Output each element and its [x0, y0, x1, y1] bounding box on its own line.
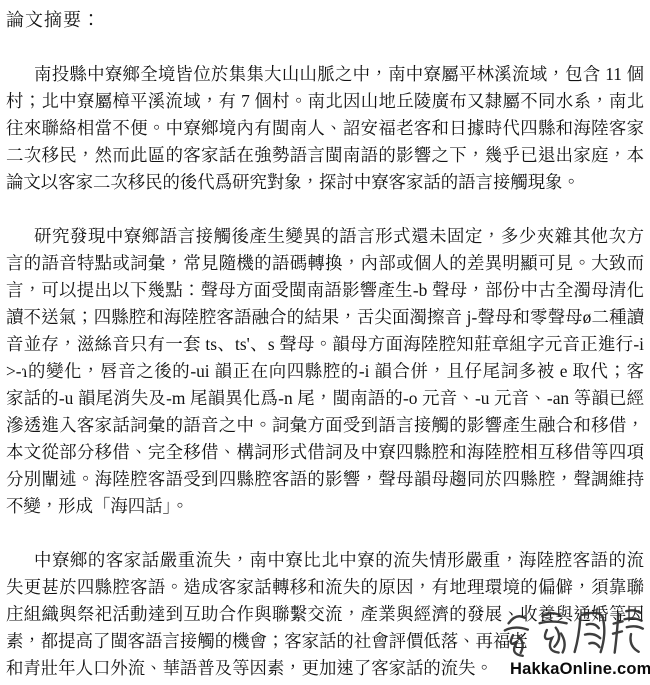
text-line: 南投縣中寮鄉全境皆位於集集大山山脈之中，南中寮屬平林溪流域，包含 11 個	[6, 61, 644, 88]
title-gap	[6, 34, 644, 61]
text-line: 本文從部分移借、完全移借、構詞形式借詞及中寮四縣腔和海陸腔相互移借等四項	[6, 439, 644, 466]
page-title: 論文摘要：	[6, 7, 644, 34]
paragraph-3: 中寮鄉的客家話嚴重流失，南中寮比北中寮的流失情形嚴重，海陸腔客語的流 失更甚於四…	[6, 547, 644, 682]
abstract-page: 論文摘要： 南投縣中寮鄉全境皆位於集集大山山脈之中，南中寮屬平林溪流域，包含 1…	[0, 0, 650, 685]
text-line: 家話的-u 韻尾消失及-m 尾韻異化爲-n 尾，閩南語的-o 元音、-u 元音、…	[6, 385, 644, 412]
text-line: >-ɿ的變化，唇音之後的-ui 韻正在向四縣腔的-i 韻合併，且仔尾詞多被 e …	[6, 358, 644, 385]
paragraph-1: 南投縣中寮鄉全境皆位於集集大山山脈之中，南中寮屬平林溪流域，包含 11 個 村；…	[6, 61, 644, 196]
text-line: 研究發現中寮鄉語言接觸後產生變異的語言形式還未固定，多少夾雜其他次方	[6, 223, 644, 250]
text-line: 二次移民，然而此區的客家話在強勢語言閩南語的影響之下，幾乎已退出家庭，本	[6, 142, 644, 169]
text-line: 讀不送氣；四縣腔和海陸腔客語融合的結果，舌尖面濁擦音 j-聲母和零聲母ø二種讀	[6, 304, 644, 331]
text-line: 不變，形成「海四話」。	[6, 493, 644, 520]
paragraph-2: 研究發現中寮鄉語言接觸後產生變異的語言形式還未固定，多少夾雜其他次方 言的語音特…	[6, 223, 644, 520]
text-line: 失更甚於四縣腔客語。造成客家話轉移和流失的原因，有地理環境的偏僻，須靠聯	[6, 574, 644, 601]
paragraph-gap	[6, 196, 644, 223]
paragraph-gap	[6, 520, 644, 547]
text-line: 滲透進入客家話詞彙的語音之中。詞彙方面受到語言接觸的影響產生融合和移借，	[6, 412, 644, 439]
text-line: 音並存，滋絲音只有一套 ts、ts'、s 聲母。韻母方面海陸腔知莊章組字元音正進…	[6, 331, 644, 358]
text-line: 素，都提高了閩客語言接觸的機會；客家話的社會評價低落、再福老	[6, 628, 644, 655]
text-line: 論文以客家二次移民的後代爲研究對象，探討中寮客家話的語言接觸現象。	[6, 169, 644, 196]
text-line: 中寮鄉的客家話嚴重流失，南中寮比北中寮的流失情形嚴重，海陸腔客語的流	[6, 547, 644, 574]
text-line: 言的語音特點或詞彙，常見隨機的語碼轉換，內部或個人的差異明顯可見。大致而	[6, 250, 644, 277]
text-line: 和青壯年人口外流、華語普及等因素，更加速了客家話的流失。	[6, 655, 644, 682]
text-line: 言，可以提出以下幾點：聲母方面受閩南語影響產生-b 聲母，部份中古全濁母清化	[6, 277, 644, 304]
text-line: 分別闡述。海陸腔客語受到四縣腔客語的影響，聲母韻母趨同於四縣腔，聲調維持	[6, 466, 644, 493]
text-line: 村；北中寮屬樟平溪流域，有 7 個村。南北因山地丘陵廣布又隸屬不同水系，南北	[6, 88, 644, 115]
text-line: 庄組織與祭祀活動達到互助合作與聯繫交流，產業與經濟的發展、收養與通婚等因	[6, 601, 644, 628]
text-line: 往來聯絡相當不便。中寮鄉境內有閩南人、詔安福老客和日據時代四縣和海陸客家	[6, 115, 644, 142]
